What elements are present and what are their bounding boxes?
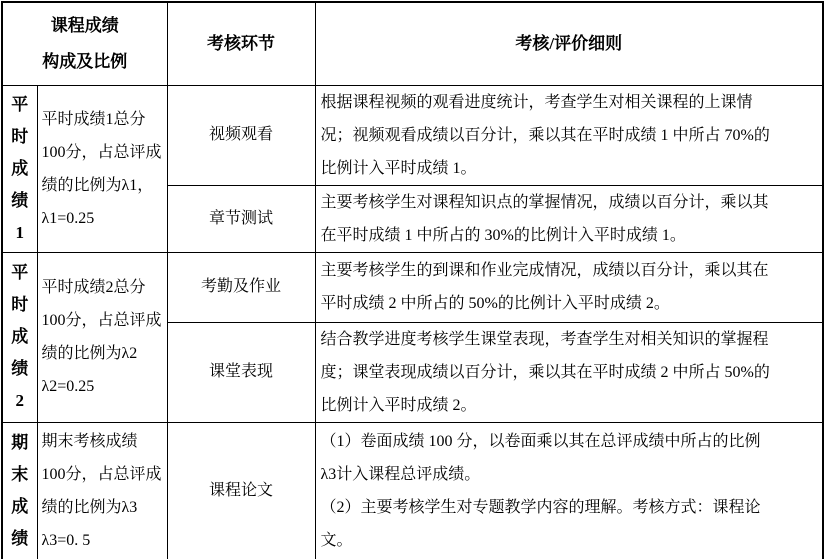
component-attendance-homework: 考勤及作业	[167, 252, 315, 322]
row-attendance-homework: 平 时 成 绩 2 平时成绩2总分 100分，占总评成 绩的比例为λ2 λ2=0…	[2, 252, 823, 322]
grading-table: 课程成绩 构成及比例 考核环节 考核/评价细则 平 时 成 绩 1 平时成绩1总…	[1, 1, 824, 559]
section2-category: 平 时 成 绩 2	[2, 252, 37, 422]
component-course-paper: 课程论文	[167, 422, 315, 559]
header-rubric: 考核/评价细则	[315, 2, 823, 85]
section1-description: 平时成绩1总分 100分，占总评成 绩的比例为λ1， λ1=0.25	[37, 85, 167, 252]
component-video-watching: 视频观看	[167, 85, 315, 185]
rubric-attendance-homework: 主要考核学生的到课和作业完成情况，成绩以百分计，乘以其在 平时成绩 2 中所占的…	[315, 252, 823, 322]
section2-description: 平时成绩2总分 100分，占总评成 绩的比例为λ2 λ2=0.25	[37, 252, 167, 422]
row-video-watching: 平 时 成 绩 1 平时成绩1总分 100分，占总评成 绩的比例为λ1， λ1=…	[2, 85, 823, 185]
section3-category: 期 末 成 绩	[2, 422, 37, 559]
row-course-paper: 期 末 成 绩 期末考核成绩 100分，占总评成 绩的比例为λ3 λ3=0. 5…	[2, 422, 823, 559]
rubric-chapter-test: 主要考核学生对课程知识点的掌握情况，成绩以百分计，乘以其 在平时成绩 1 中所占…	[315, 185, 823, 252]
header-component: 考核环节	[167, 2, 315, 85]
section3-description: 期末考核成绩 100分，占总评成 绩的比例为λ3 λ3=0. 5	[37, 422, 167, 559]
rubric-class-performance: 结合教学进度考核学生课堂表现，考查学生对相关知识的掌握程 度；课堂表现成绩以百分…	[315, 322, 823, 422]
rubric-course-paper: （1）卷面成绩 100 分，以卷面乘以其在总评成绩中所占的比例 λ3计入课程总评…	[315, 422, 823, 559]
header-composition: 课程成绩 构成及比例	[2, 2, 167, 85]
rubric-video-watching: 根据课程视频的观看进度统计，考查学生对相关课程的上课情 况；视频观看成绩以百分计…	[315, 85, 823, 185]
section1-category: 平 时 成 绩 1	[2, 85, 37, 252]
header-row: 课程成绩 构成及比例 考核环节 考核/评价细则	[2, 2, 823, 85]
component-class-performance: 课堂表现	[167, 322, 315, 422]
component-chapter-test: 章节测试	[167, 185, 315, 252]
